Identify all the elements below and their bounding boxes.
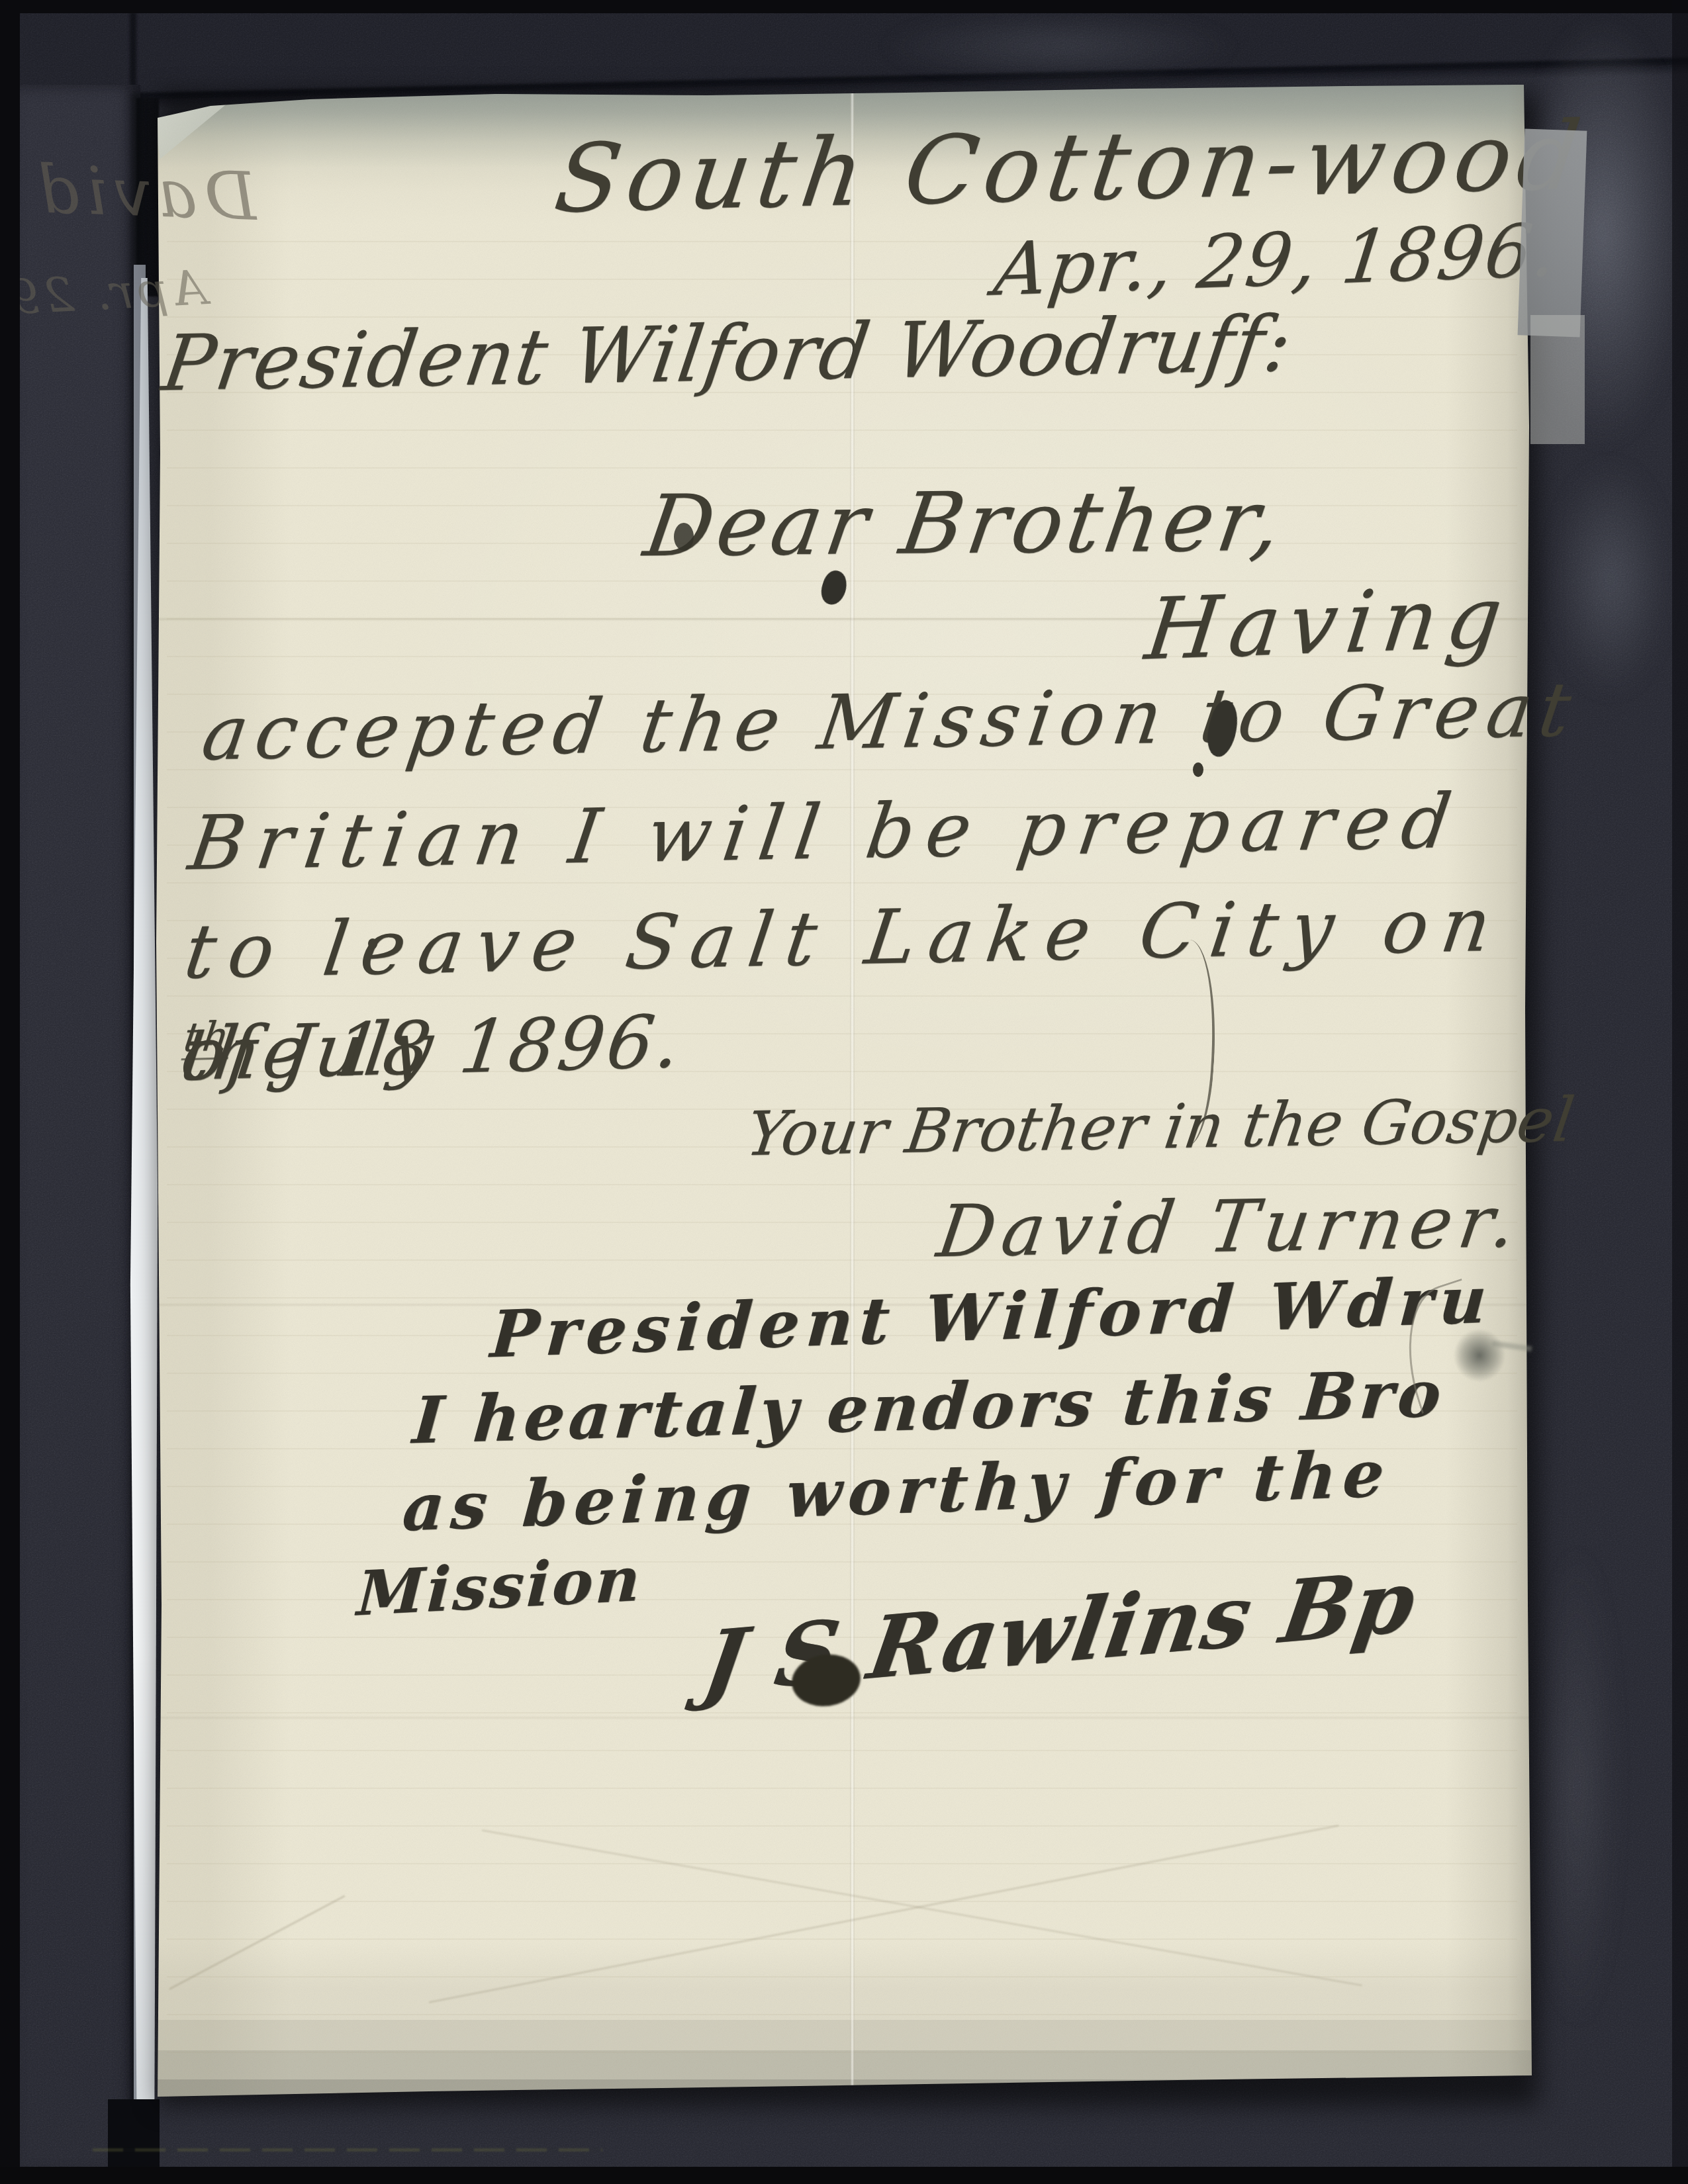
place-line: South Cotton-wood [550,109,1591,227]
endorsement-line-4: Mission [355,1548,644,1624]
fabric-light-patch [821,0,1297,93]
body-line-2: accepted the Mission to Great [198,672,1583,772]
ink-speck [368,938,377,949]
signature-david-turner: David Turner. [933,1187,1526,1269]
ink-blot [1193,762,1203,777]
body-line-3: Britian I will be prepared [185,784,1467,881]
scan-edge-left [0,0,20,2184]
scan-edge-top [0,0,1688,13]
scan-edge-right [1672,0,1688,2184]
ink-blot [674,523,694,551]
scan-artifact-line [93,2148,602,2152]
date-line: Apr., 29, 1896. [990,213,1562,306]
tape-piece [1518,128,1587,337]
tape-piece [1530,315,1585,444]
scanned-letter-page: David Turner Apr. 29 '96 South Cotton-wo… [0,0,1688,2184]
addressee-line: President Wilford Woodruff: [158,306,1297,402]
fabric-light-patch [1528,1482,1627,2091]
docket-bleedthrough-name: David Turner [0,147,258,230]
album-board-left-flap [20,85,140,2176]
body-line-1: Having [1141,575,1515,673]
album-board-seam-notch [130,12,136,95]
fold-crease [151,1717,1532,1719]
salutation-line: Dear Brother, [639,479,1290,570]
docket-bleedthrough-date: Apr. 29 '96 [0,263,208,326]
body-line-5-suffix: of July 1896. [177,1005,686,1091]
scan-edge-bottom [0,2167,1688,2184]
